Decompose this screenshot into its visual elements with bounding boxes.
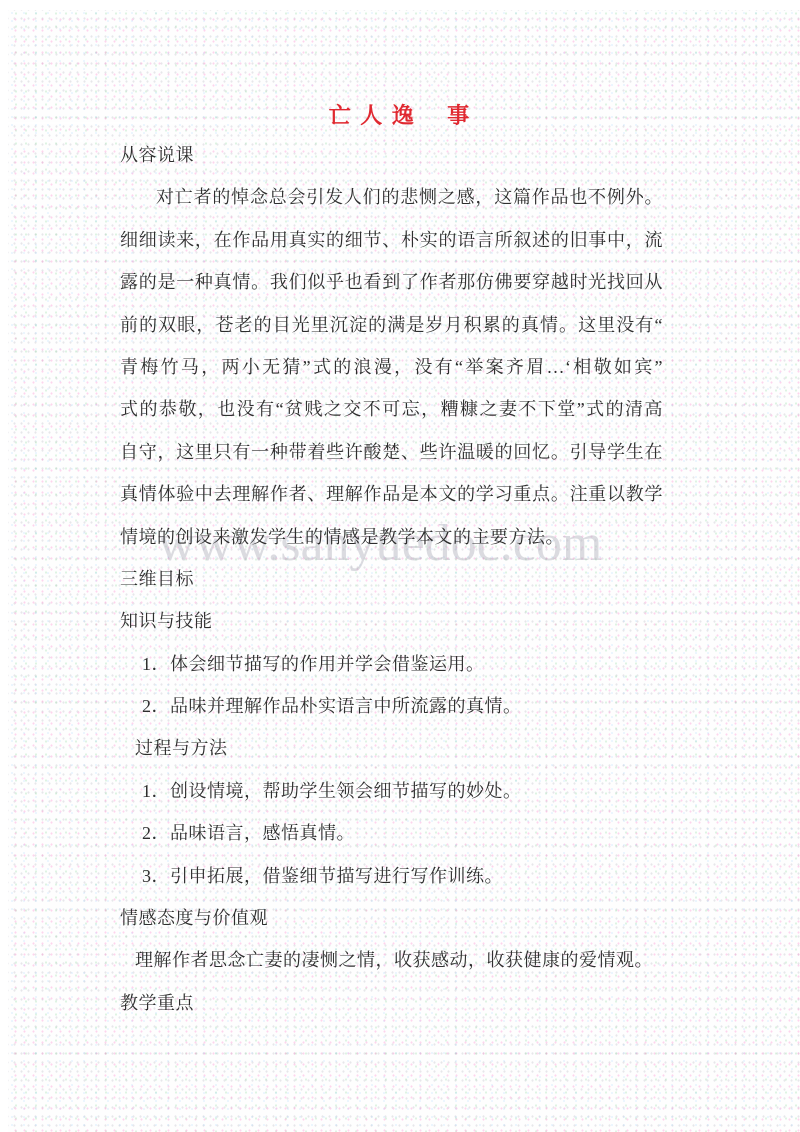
- text-line: 前的双眼，苍老的目光里沉淀的满是岁月积累的真情。这里没有“: [120, 304, 663, 346]
- text-line: 教学重点: [120, 982, 663, 1024]
- document-title: 亡 人 逸 事: [0, 99, 800, 130]
- text-line: 情境的创设来激发学生的情感是教学本文的主要方法。: [120, 516, 663, 558]
- text-line: 式的恭敬，也没有“贫贱之交不可忘，糟糠之妻不下堂”式的清高: [120, 388, 663, 430]
- text-line: 3．引申拓展，借鉴细节描写进行写作训练。: [120, 855, 663, 897]
- text-line: 2．品味并理解作品朴实语言中所流露的真情。: [120, 685, 663, 727]
- text-line: 1．体会细节描写的作用并学会借鉴运用。: [120, 643, 663, 685]
- text-line: 青梅竹马，两小无猜”式的浪漫，没有“举案齐眉…‘相敬如宾”: [120, 346, 663, 388]
- text-line: 自守，这里只有一种带着些许酸楚、些许温暖的回忆。引导学生在: [120, 431, 663, 473]
- scan-left-margin: [0, 0, 8, 1132]
- text-line: 1．创设情境，帮助学生领会细节描写的妙处。: [120, 770, 663, 812]
- text-line: 理解作者思念亡妻的凄恻之情，收获感动，收获健康的爱情观。: [120, 939, 663, 981]
- document-page: www.sanyuedoc.com 亡 人 逸 事 从容说课对亡者的悼念总会引发…: [0, 0, 800, 1132]
- text-line: 三维目标: [120, 558, 663, 600]
- text-line: 真情体验中去理解作者、理解作品是本文的学习重点。注重以教学: [120, 473, 663, 515]
- scan-top-margin: [0, 0, 800, 10]
- text-line: 情感态度与价值观: [120, 897, 663, 939]
- text-line: 过程与方法: [120, 727, 663, 769]
- text-line: 从容说课: [120, 134, 663, 176]
- text-line: 知识与技能: [120, 600, 663, 642]
- text-line: 对亡者的悼念总会引发人们的悲恻之感，这篇作品也不例外。: [120, 176, 663, 218]
- text-line: 2．品味语言，感悟真情。: [120, 812, 663, 854]
- text-line: 细细读来，在作品用真实的细节、朴实的语言所叙述的旧事中，流: [120, 219, 663, 261]
- document-body: 从容说课对亡者的悼念总会引发人们的悲恻之感，这篇作品也不例外。细细读来，在作品用…: [120, 134, 663, 1024]
- text-line: 露的是一种真情。我们似乎也看到了作者那仿佛要穿越时光找回从: [120, 261, 663, 303]
